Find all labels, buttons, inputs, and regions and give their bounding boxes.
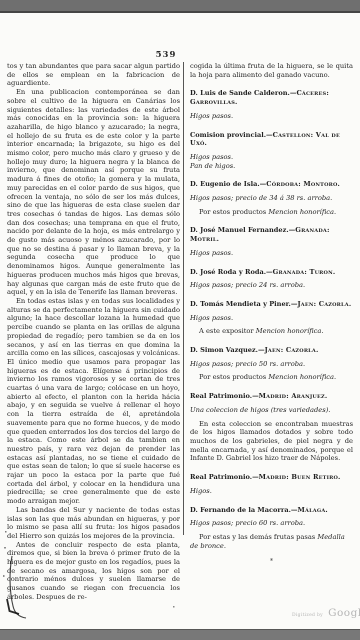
product-line: Higos pasos. bbox=[190, 314, 353, 323]
exhibitor-name: D. Eugenio de Isla.— bbox=[190, 180, 266, 188]
exhibitor-location: Jaen: Cazorla. bbox=[265, 346, 319, 354]
exhibitor-name: D. José Roda y Roda.— bbox=[190, 268, 273, 276]
exhibitor-entry: D. Luis de Sande Calderon.—Cáceres: Garr… bbox=[190, 89, 353, 120]
exhibitor-heading: D. Simon Vazquez.—Jaen: Cazorla. bbox=[190, 346, 353, 355]
watermark-prefix: Digitized by bbox=[292, 613, 323, 618]
exhibitor-name: Real Patrimonio.— bbox=[190, 392, 259, 400]
exhibitor-heading: D. José Manuel Fernandez.—Granada: Motri… bbox=[190, 226, 353, 243]
award-note-prefix: Por estos productos bbox=[199, 208, 268, 216]
exhibitor-name: D. Tomás Mendieta y Piner.— bbox=[190, 300, 297, 308]
award-name: Mencion honorífica. bbox=[268, 373, 336, 381]
left-paragraph: Antes de concluir respecto de esta plant… bbox=[7, 541, 180, 602]
exhibitor-entry: D. José Roda y Roda.—Granada: Turon. Hig… bbox=[190, 268, 353, 290]
product-line: Higos pasos. bbox=[190, 112, 353, 121]
exhibitor-heading: D. Luis de Sande Calderon.—Cáceres: Garr… bbox=[190, 89, 353, 106]
product-line: Higos pasos; precio 24 rs. arroba. bbox=[190, 281, 353, 290]
exhibitor-entry: D. Simon Vazquez.—Jaen: Cazorla. Higos p… bbox=[190, 346, 353, 382]
award-note-prefix: A este expositor bbox=[199, 327, 256, 335]
exhibitor-entry: D. Eugenio de Isla.—Córdoba: Montoro. Hi… bbox=[190, 180, 353, 216]
exhibitor-heading: Comision provincial.—Castellon: Val de U… bbox=[190, 131, 353, 148]
left-paragraph: En todas estas islas y en todas sus loca… bbox=[7, 297, 180, 506]
exhibitor-entry: D. Fernando de la Macorra.—Málaga. Higos… bbox=[190, 506, 353, 551]
scanner-bottom-bar bbox=[0, 629, 360, 640]
exhibitor-location: Madrid: Aranjuez. bbox=[259, 392, 328, 400]
right-text-column: cogida la última fruta de la higuera, se… bbox=[190, 62, 353, 567]
product-line: Higos pasos. bbox=[190, 249, 353, 258]
exhibitor-entry: D. Tomás Mendieta y Piner.—Jaen: Cazorla… bbox=[190, 300, 353, 336]
product-line: Higos pasos; precio 60 rs. arroba. bbox=[190, 519, 353, 528]
left-paragraph: En una publicacion contemporánea se dan … bbox=[7, 88, 180, 297]
page-number: 539 bbox=[0, 50, 332, 60]
exhibitor-location: Málaga. bbox=[298, 506, 328, 514]
exhibitor-entry: Real Patrimonio.—Madrid: Aranjuez. Una c… bbox=[190, 392, 353, 463]
exhibitor-name: Real Patrimonio.— bbox=[190, 473, 259, 481]
product-line: Higos. bbox=[190, 487, 353, 496]
product-line: Higos pasos. bbox=[190, 153, 353, 162]
exhibitor-name: D. José Manuel Fernandez.— bbox=[190, 226, 295, 234]
exhibitor-heading: Real Patrimonio.—Madrid: Aranjuez. bbox=[190, 392, 353, 401]
exhibitor-location: Granada: Turon. bbox=[273, 268, 336, 276]
award-note: Por estos productos Mencion honorífica. bbox=[190, 208, 353, 217]
digitized-watermark: Digitized by Google bbox=[292, 601, 360, 620]
left-text-column: tos y tan abundantes que para sacar algu… bbox=[7, 62, 180, 602]
left-paragraph: tos y tan abundantes que para sacar algu… bbox=[7, 62, 180, 88]
left-paragraph: Las bandas del Sur y naciente de todas e… bbox=[7, 506, 180, 541]
award-note: Por estos productos Mencion honorífica. bbox=[190, 373, 353, 382]
product-line: Pan de higos. bbox=[190, 162, 353, 171]
award-note: Por estas y las demás frutas pasas Medal… bbox=[190, 533, 353, 550]
section-end-mark: * bbox=[190, 558, 353, 567]
google-watermark-logo: Google bbox=[328, 607, 360, 619]
exhibitor-location: Córdoba: Montoro. bbox=[266, 180, 340, 188]
exhibitor-location: Jaen: Cazorla. bbox=[297, 300, 351, 308]
exhibitor-name: D. Fernando de la Macorra.— bbox=[190, 506, 298, 514]
award-name: Mencion honorífica. bbox=[256, 327, 324, 335]
entry-description-paragraph: En esta coleccion se encontraban muestra… bbox=[190, 420, 353, 464]
continuation-paragraph: cogida la última fruta de la higuera, se… bbox=[190, 62, 353, 79]
award-name: Mencion honorífica. bbox=[268, 208, 336, 216]
exhibitor-location: Madrid: Buen Retiro. bbox=[259, 473, 341, 481]
award-note: A este expositor Mencion honorífica. bbox=[190, 327, 353, 336]
exhibitor-heading: D. Fernando de la Macorra.—Málaga. bbox=[190, 506, 353, 515]
exhibitor-name: D. Luis de Sande Calderon.— bbox=[190, 89, 296, 97]
exhibitor-heading: D. José Roda y Roda.—Granada: Turon. bbox=[190, 268, 353, 277]
column-divider-rule bbox=[183, 62, 184, 535]
exhibitor-heading: D. Tomás Mendieta y Piner.—Jaen: Cazorla… bbox=[190, 300, 353, 309]
award-note-prefix: Por estas y las demás frutas pasas bbox=[199, 533, 317, 541]
scanner-top-bar bbox=[0, 0, 360, 13]
award-note-prefix: Por estos productos bbox=[199, 373, 268, 381]
product-line: Una coleccion de higos (tres variedades)… bbox=[190, 406, 353, 415]
exhibitor-name: Comision provincial.— bbox=[190, 131, 273, 139]
exhibitor-entry: Real Patrimonio.—Madrid: Buen Retiro. Hi… bbox=[190, 473, 353, 495]
exhibitor-name: D. Simon Vazquez.— bbox=[190, 346, 265, 354]
exhibitor-entry: Comision provincial.—Castellon: Val de U… bbox=[190, 131, 353, 171]
exhibitor-heading: Real Patrimonio.—Madrid: Buen Retiro. bbox=[190, 473, 353, 482]
exhibitor-entry: D. José Manuel Fernandez.—Granada: Motri… bbox=[190, 226, 353, 257]
product-line: Higos pasos; precio de 34 á 38 rs. arrob… bbox=[190, 194, 353, 203]
exhibitor-heading: D. Eugenio de Isla.—Córdoba: Montoro. bbox=[190, 180, 353, 189]
product-line: Higos pasos; precio 50 rs. arroba. bbox=[190, 360, 353, 369]
